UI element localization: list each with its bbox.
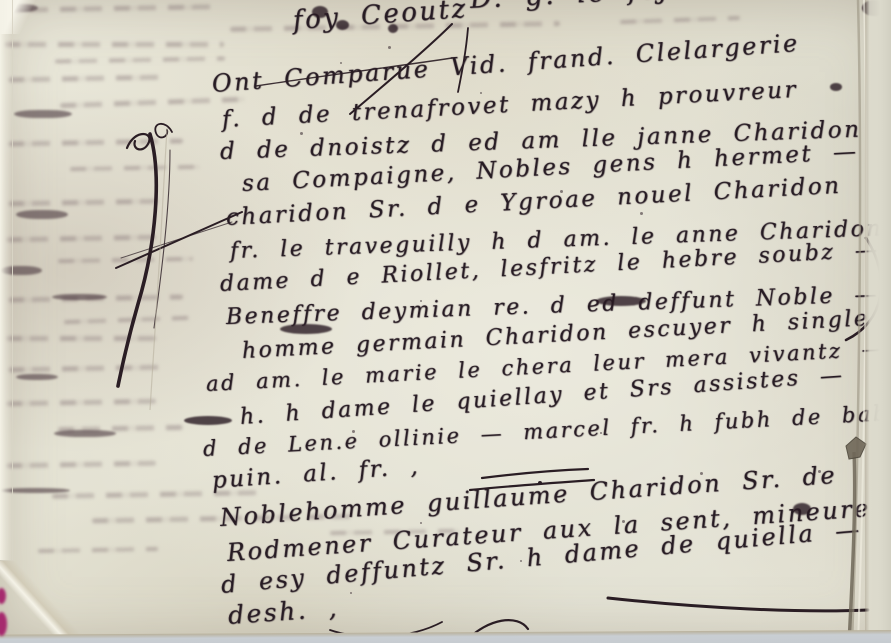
ink-flourish-overlay (0, 0, 891, 643)
margin-bracket-flourish-icon (116, 212, 242, 268)
margin-bracket-flourish-icon (118, 134, 156, 386)
ascender-stroke (350, 24, 452, 114)
page-edge-left (0, 0, 13, 560)
paper-crease-line (150, 128, 167, 410)
bottom-underline-stroke (608, 598, 868, 611)
header-descender-stroke (458, 28, 468, 92)
double-underline-stroke (482, 469, 588, 478)
strike-through-stroke (256, 58, 452, 86)
margin-bracket-flourish-icon (127, 134, 149, 149)
margin-bracket-flourish-icon (155, 124, 172, 138)
margin-bracket-flourish-icon (121, 222, 232, 258)
underline-dot (538, 481, 542, 485)
adjacent-page-edge (865, 0, 891, 643)
manuscript-photo: D. g. le foj. Cefoy CeoutzOnt Comparue V… (0, 0, 891, 643)
page-corner-crease-bottom-left (0, 561, 100, 643)
double-underline-stroke (470, 480, 594, 490)
